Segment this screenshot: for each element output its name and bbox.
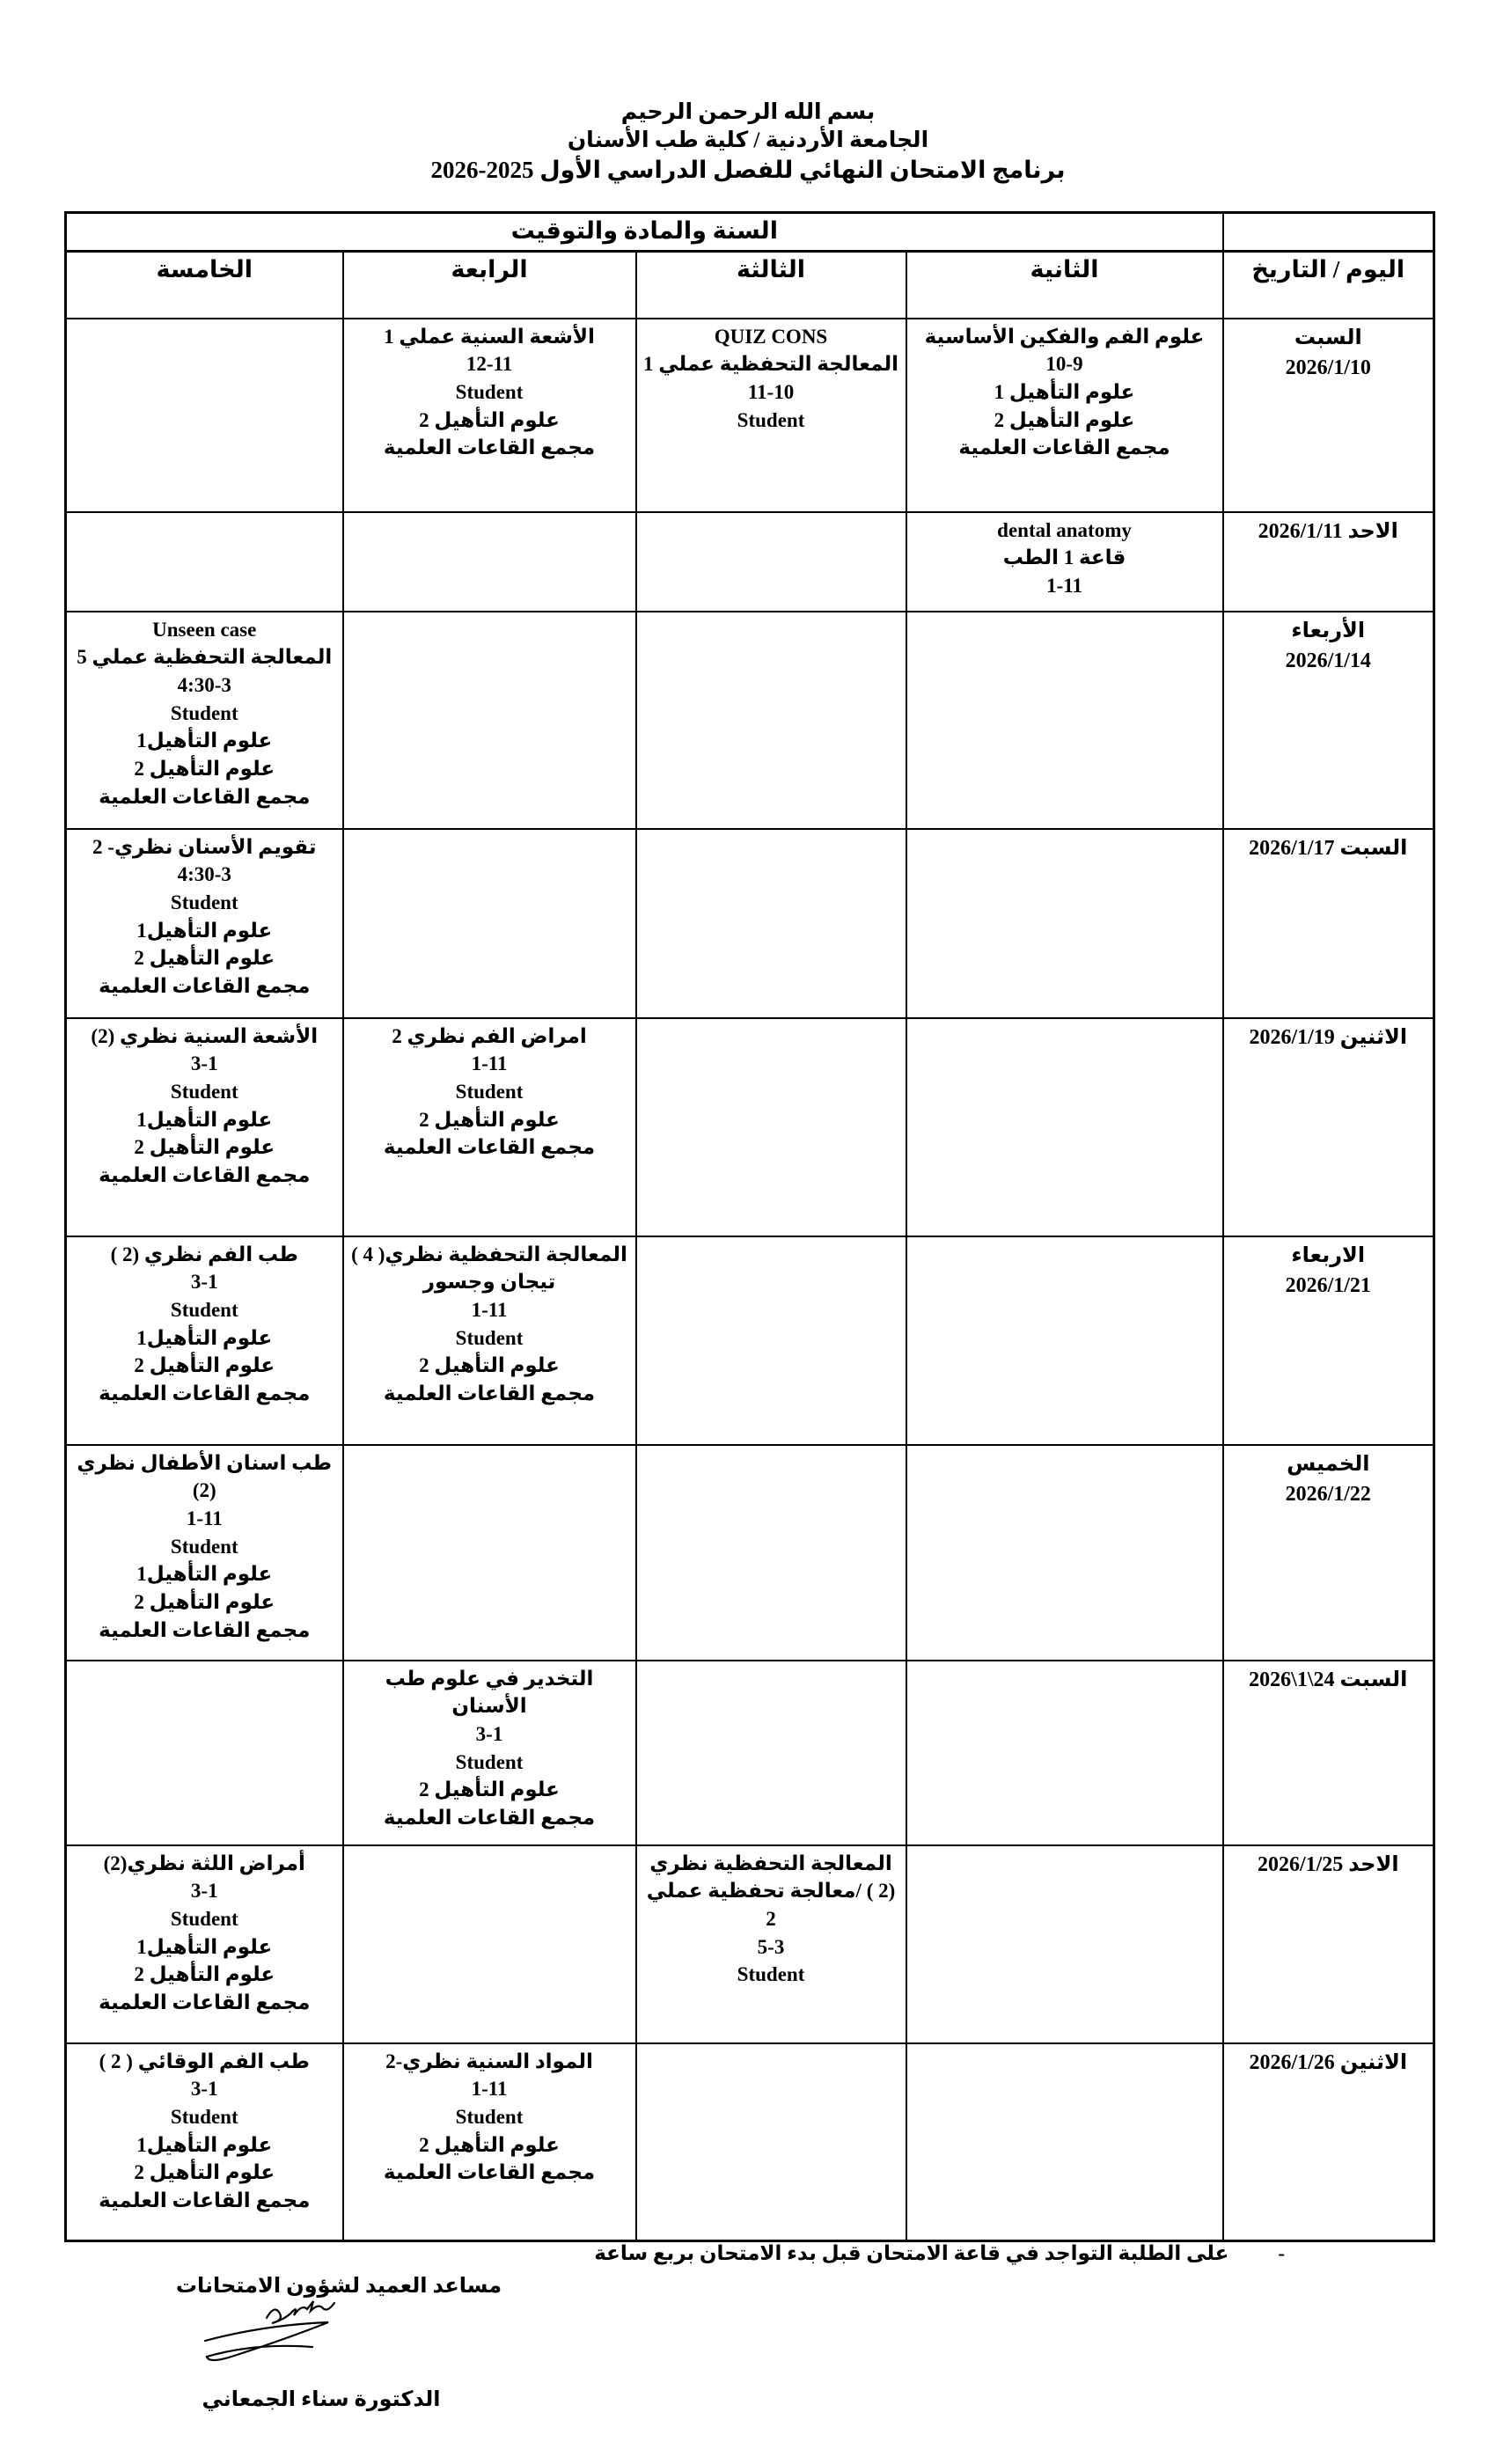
exam-cell-second: dental anatomy قاعة 1 الطب 1-11 bbox=[906, 512, 1223, 612]
signature-scribble-path bbox=[267, 2301, 334, 2323]
exam-cell-second bbox=[906, 612, 1223, 829]
exam-cell-third bbox=[636, 2043, 906, 2241]
table-row: السبت 24\1\2026 التخدير في علوم طب الأسن… bbox=[66, 1661, 1434, 1845]
exam-cell-fourth bbox=[343, 612, 636, 829]
table-row: الاثنين 2026/1/26 المواد السنية نظري-2 1… bbox=[66, 2043, 1434, 2241]
table-row: الاربعاء 2026/1/21 المعالجة التحفظية نظر… bbox=[66, 1236, 1434, 1445]
exam-cell-third bbox=[636, 512, 906, 612]
day-column-spacer bbox=[1223, 213, 1434, 252]
signature-flourish-path bbox=[205, 2322, 328, 2360]
exam-cell-fifth: الأشعة السنية نظري (2) 3-1 Student علوم … bbox=[66, 1018, 343, 1236]
exam-cell-fifth bbox=[66, 319, 343, 512]
date-cell: الاربعاء 2026/1/21 bbox=[1223, 1236, 1434, 1445]
table-row: الاحد 2026/1/11 dental anatomy قاعة 1 ال… bbox=[66, 512, 1434, 612]
exam-cell-fourth bbox=[343, 1445, 636, 1661]
exam-cell-second bbox=[906, 1018, 1223, 1236]
table-row: السبت 2026/1/17 تقويم الأسنان نظري- 2 4:… bbox=[66, 829, 1434, 1018]
table-row: الأربعاء 2026/1/14 Unseen case المعالجة … bbox=[66, 612, 1434, 829]
col-header-fifth-year: الخامسة bbox=[66, 252, 343, 319]
exam-cell-third: المعالجة التحفظية نظري (2 ) /معالجة تحفظ… bbox=[636, 1845, 906, 2043]
table-row: الاحد 2026/1/25 المعالجة التحفظية نظري (… bbox=[66, 1845, 1434, 2043]
date-cell: السبت 2026/1/10 bbox=[1223, 319, 1434, 512]
signatory-title: مساعد العميد لشؤون الامتحانات bbox=[172, 2273, 506, 2299]
basmala-line: بسم الله الرحمن الرحيم bbox=[0, 99, 1496, 127]
exam-cell-second bbox=[906, 829, 1223, 1018]
exam-cell-fifth: طب الفم نظري (2 ) 3-1 Student علوم التأه… bbox=[66, 1236, 343, 1445]
schedule-title-line: برنامج الامتحان النهائي للفصل الدراسي ال… bbox=[0, 155, 1496, 186]
exam-cell-fifth: Unseen case المعالجة التحفظية عملي 5 4:3… bbox=[66, 612, 343, 829]
exam-cell-third bbox=[636, 1661, 906, 1845]
exam-cell-fourth bbox=[343, 1845, 636, 2043]
table-header-row: اليوم / التاريخ الثانية الثالثة الرابعة … bbox=[66, 252, 1434, 319]
exam-cell-fourth: المعالجة التحفظية نظري( 4 ) تيجان وجسور … bbox=[343, 1236, 636, 1445]
exam-cell-third bbox=[636, 1445, 906, 1661]
exam-cell-third bbox=[636, 612, 906, 829]
exam-cell-second bbox=[906, 1445, 1223, 1661]
exam-cell-fifth bbox=[66, 512, 343, 612]
exam-cell-fourth bbox=[343, 512, 636, 612]
exam-cell-fifth: أمراض اللثة نظري(2) 3-1 Student علوم الت… bbox=[66, 1845, 343, 2043]
exam-cell-second bbox=[906, 1236, 1223, 1445]
note-text: على الطلبة التواجد في قاعة الامتحان قبل … bbox=[594, 2242, 1228, 2265]
exam-cell-fourth: امراض الفم نظري 2 1-11 Student علوم التأ… bbox=[343, 1018, 636, 1236]
exam-schedule-page: { "header": { "line1": "بسم الله الرحمن … bbox=[0, 0, 1496, 2464]
band-title-cell: السنة والمادة والتوقيت bbox=[66, 213, 1223, 252]
col-header-fourth-year: الرابعة bbox=[343, 252, 636, 319]
footer-note: - على الطلبة التواجد في قاعة الامتحان قب… bbox=[594, 2242, 1285, 2265]
table-row: السبت 2026/1/10 علوم الفم والفكين الأساس… bbox=[66, 319, 1434, 512]
exam-cell-second bbox=[906, 1661, 1223, 1845]
col-header-day: اليوم / التاريخ bbox=[1223, 252, 1434, 319]
date-cell: الاثنين 2026/1/26 bbox=[1223, 2043, 1434, 2241]
date-cell: الأربعاء 2026/1/14 bbox=[1223, 612, 1434, 829]
table-row: الخميس 2026/1/22 طب اسنان الأطفال نظري (… bbox=[66, 1445, 1434, 1661]
university-line: الجامعة الأردنية / كلية طب الأسنان bbox=[0, 127, 1496, 155]
table-row: الاثنين 2026/1/19 امراض الفم نظري 2 1-11… bbox=[66, 1018, 1434, 1236]
exam-cell-fifth: تقويم الأسنان نظري- 2 4:30-3 Student علو… bbox=[66, 829, 343, 1018]
document-header: بسم الله الرحمن الرحيم الجامعة الأردنية … bbox=[0, 99, 1496, 186]
exam-cell-fifth: طب اسنان الأطفال نظري (2) 1-11 Student ع… bbox=[66, 1445, 343, 1661]
exam-cell-fourth: الأشعة السنية عملي 1 12-11 Student علوم … bbox=[343, 319, 636, 512]
date-cell: الاحد 2026/1/25 bbox=[1223, 1845, 1434, 2043]
date-cell: الاثنين 2026/1/19 bbox=[1223, 1018, 1434, 1236]
date-cell: السبت 24\1\2026 bbox=[1223, 1661, 1434, 1845]
exam-cell-third: QUIZ CONS المعالجة التحفظية عملي 1 11-10… bbox=[636, 319, 906, 512]
col-header-third-year: الثالثة bbox=[636, 252, 906, 319]
exam-cell-fourth bbox=[343, 829, 636, 1018]
exam-cell-fifth: طب الفم الوقائي ( 2 ) 3-1 Student علوم ا… bbox=[66, 2043, 343, 2241]
exam-schedule-table: السنة والمادة والتوقيت اليوم / التاريخ ا… bbox=[64, 211, 1435, 2242]
exam-cell-fifth bbox=[66, 1661, 343, 1845]
exam-cell-second: علوم الفم والفكين الأساسية 10-9 علوم الت… bbox=[906, 319, 1223, 512]
exam-cell-fourth: التخدير في علوم طب الأسنان 3-1 Student ع… bbox=[343, 1661, 636, 1845]
exam-cell-fourth: المواد السنية نظري-2 1-11 Student علوم ا… bbox=[343, 2043, 636, 2241]
exam-cell-second bbox=[906, 2043, 1223, 2241]
signatory-name: الدكتورة سناء الجمعاني bbox=[189, 2387, 453, 2412]
note-dash: - bbox=[1278, 2242, 1285, 2265]
date-cell: الاحد 2026/1/11 bbox=[1223, 512, 1434, 612]
exam-cell-third bbox=[636, 1018, 906, 1236]
signature bbox=[189, 2299, 392, 2387]
exam-cell-third bbox=[636, 1236, 906, 1445]
table-band-row: السنة والمادة والتوقيت bbox=[66, 213, 1434, 252]
exam-cell-second bbox=[906, 1845, 1223, 2043]
date-cell: الخميس 2026/1/22 bbox=[1223, 1445, 1434, 1661]
date-cell: السبت 2026/1/17 bbox=[1223, 829, 1434, 1018]
col-header-second-year: الثانية bbox=[906, 252, 1223, 319]
exam-cell-third bbox=[636, 829, 906, 1018]
